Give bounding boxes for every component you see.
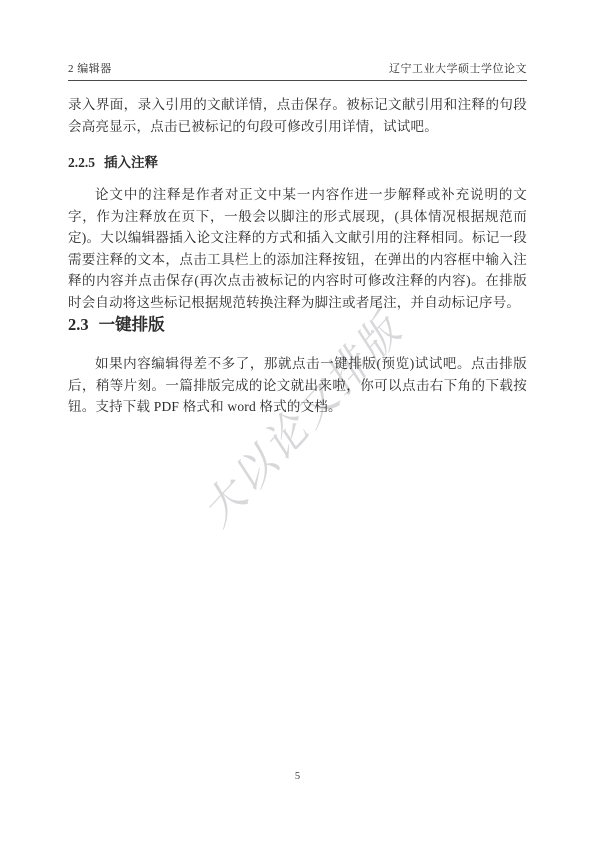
paragraph-citation-continuation: 录入界面，录入引用的文献详情，点击保存。被标记文献引用和注释的句段会高亮显示，点… bbox=[68, 94, 527, 137]
paragraph-typeset: 如果内容编辑得差不多了，那就点击一键排版(预览)试试吧。点击排版后，稍等片刻。一… bbox=[68, 353, 527, 418]
heading-one-click-typeset: 2.3一键排版 bbox=[68, 314, 527, 336]
running-header-thesis-title: 辽宁工业大学硕士学位论文 bbox=[389, 62, 527, 77]
running-header-chapter: 2 编辑器 bbox=[68, 62, 112, 77]
page-content: 录入界面，录入引用的文献详情，点击保存。被标记文献引用和注释的句段会高亮显示，点… bbox=[68, 94, 527, 418]
heading-insert-annotation: 2.2.5插入注释 bbox=[68, 154, 527, 172]
heading-insert-annotation-number: 2.2.5 bbox=[68, 155, 95, 170]
page-number: 5 bbox=[295, 771, 300, 782]
paragraph-annotation: 论文中的注释是作者对正文中某一内容作进一步解释或补充说明的文字，作为注释放在页下… bbox=[68, 184, 527, 313]
page-footer: 5 bbox=[0, 771, 595, 782]
heading-one-click-typeset-title: 一键排版 bbox=[99, 316, 165, 334]
heading-one-click-typeset-number: 2.3 bbox=[68, 315, 89, 334]
thesis-page: 2 编辑器 辽宁工业大学硕士学位论文 大以论文排版 录入界面，录入引用的文献详情… bbox=[0, 0, 595, 842]
heading-insert-annotation-title: 插入注释 bbox=[104, 155, 158, 170]
running-header: 2 编辑器 辽宁工业大学硕士学位论文 bbox=[68, 62, 527, 81]
